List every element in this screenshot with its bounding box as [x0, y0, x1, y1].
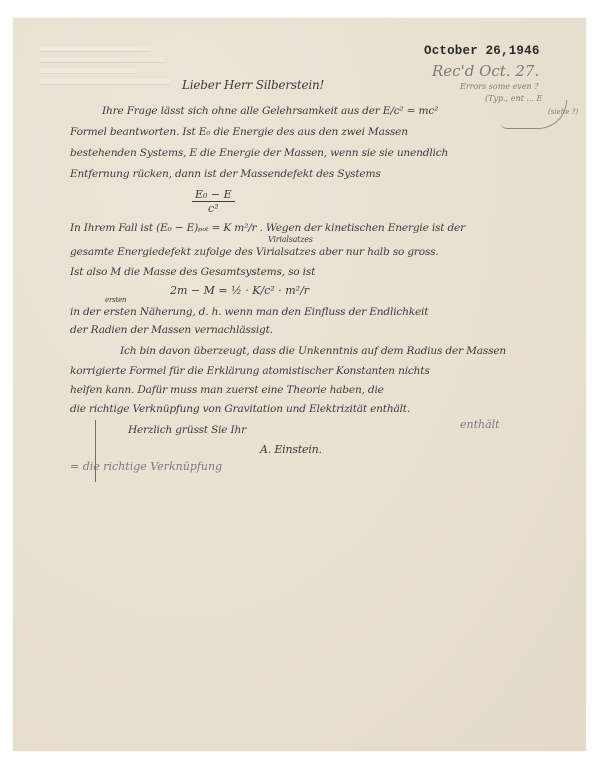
received-annotation: Rec'd Oct. 27.: [432, 62, 539, 80]
virial-insert: Virialsatzes: [268, 235, 313, 244]
body-line-4: Entfernung rücken, dann ist der Massende…: [70, 168, 381, 180]
body-line-8: in der ersten Näherung, d. h. wenn man d…: [70, 306, 428, 318]
body-line-2: Formel beantworten. Ist E₀ die Energie d…: [70, 126, 408, 138]
body-line-10: Ich bin davon überzeugt, dass die Unkenn…: [120, 345, 506, 357]
embossed-letterhead: [40, 46, 170, 90]
body-line-11: korrigierte Formel für die Erklärung ato…: [70, 365, 430, 377]
body-line-6: gesamte Energiedefekt zufolge des Virial…: [70, 246, 439, 258]
annotation-note-1: Errors some even ?: [460, 82, 539, 91]
formula-numerator: E₀ − E: [192, 188, 235, 202]
typed-date: October 26,1946: [424, 44, 540, 58]
closing: Herzlich grüsst Sie Ihr: [128, 424, 246, 436]
body-line-12: helfen kann. Dafür muss man zuerst eine …: [70, 384, 384, 396]
body-line-7: Ist also M die Masse des Gesamtsystems, …: [70, 266, 315, 278]
binding-formula: 2m − M = ½ · K/c² · m²/r: [170, 284, 309, 297]
body-line-9: der Radien der Massen vernachlässigt.: [70, 324, 273, 336]
body-line-13: die richtige Verknüpfung von Gravitation…: [70, 403, 410, 415]
pencil-margin-note: = die richtige Verknüpfung: [70, 460, 222, 473]
insert-word: ersten: [105, 296, 126, 304]
mass-defect-formula: E₀ − E c²: [192, 188, 235, 215]
salutation: Lieber Herr Silberstein!: [182, 78, 324, 92]
formula-denominator: c²: [192, 202, 235, 215]
signature: A. Einstein.: [260, 443, 322, 456]
body-line-3: bestehenden Systems, E die Energie der M…: [70, 147, 448, 159]
body-line-1: Ihre Frage lässt sich ohne alle Gelehrsa…: [102, 105, 438, 117]
body-line-5: In Ihrem Fall ist (E₀ − E)ₚₒₜ = K m²/r .…: [70, 222, 465, 234]
pencil-enthaelt: enthält: [460, 418, 500, 431]
